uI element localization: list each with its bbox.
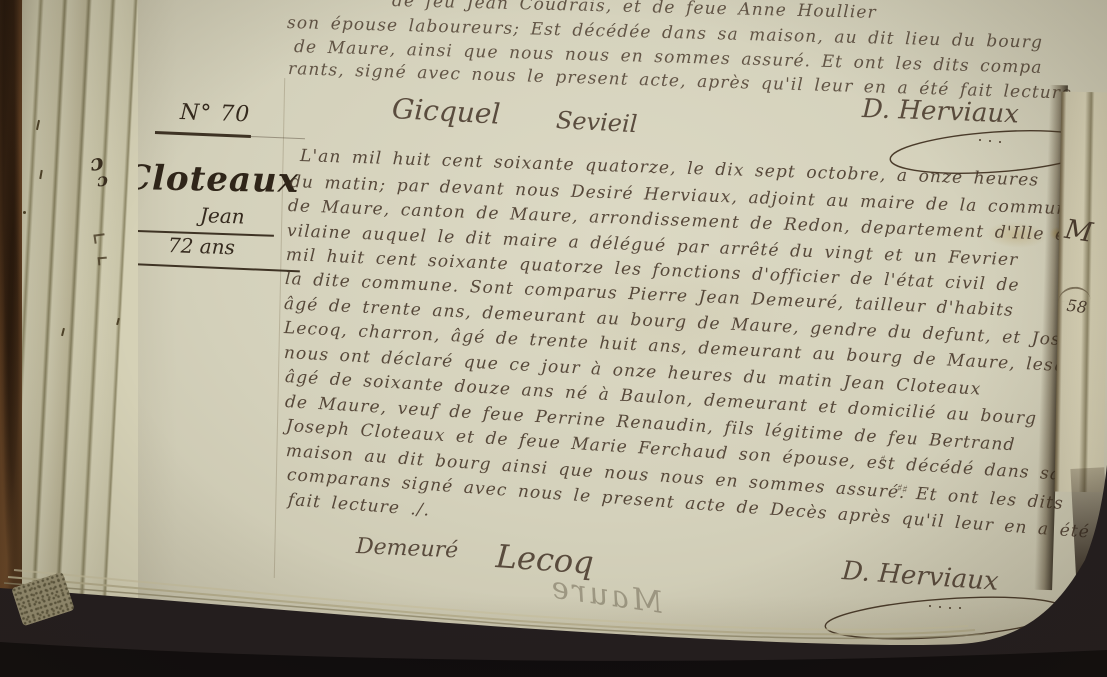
book-binding — [0, 0, 22, 640]
signature-sevieil: Sevieil — [555, 106, 638, 138]
facing-page-letter: M — [1063, 214, 1095, 249]
page-edge-ink-mark — [23, 211, 26, 214]
signature-lecoq: Lecoq — [495, 537, 595, 582]
register-photo: de feu Jean Coudrais, et de feue Anne Ho… — [0, 0, 1107, 677]
page-edge-partial-letter: ɔ — [96, 169, 109, 191]
page-edge-stack: ɔ ɔ — [20, 0, 138, 600]
record-number: N° 70 — [180, 100, 251, 127]
deceased-age: 72 ans — [168, 233, 236, 259]
deceased-given-name: Jean — [200, 203, 245, 229]
page-edge-ink-mark — [116, 318, 120, 325]
signature-gicquel: Gicquel — [391, 92, 501, 131]
facing-page-number: 58 — [1066, 296, 1089, 317]
page-edge-ink-mark — [36, 120, 40, 130]
page-edge-ink-hook — [98, 257, 108, 266]
deceased-surname: Cloteaux — [124, 158, 300, 201]
facing-page-edge: M 58 — [1055, 92, 1107, 493]
page-edge-ink-mark — [39, 170, 43, 179]
page-edge-ink-mark — [61, 328, 65, 336]
signature-demeure: Demeuré — [355, 534, 458, 563]
signature-flourish-bottom — [818, 592, 1073, 648]
page-edge-ink-hook — [93, 233, 105, 243]
